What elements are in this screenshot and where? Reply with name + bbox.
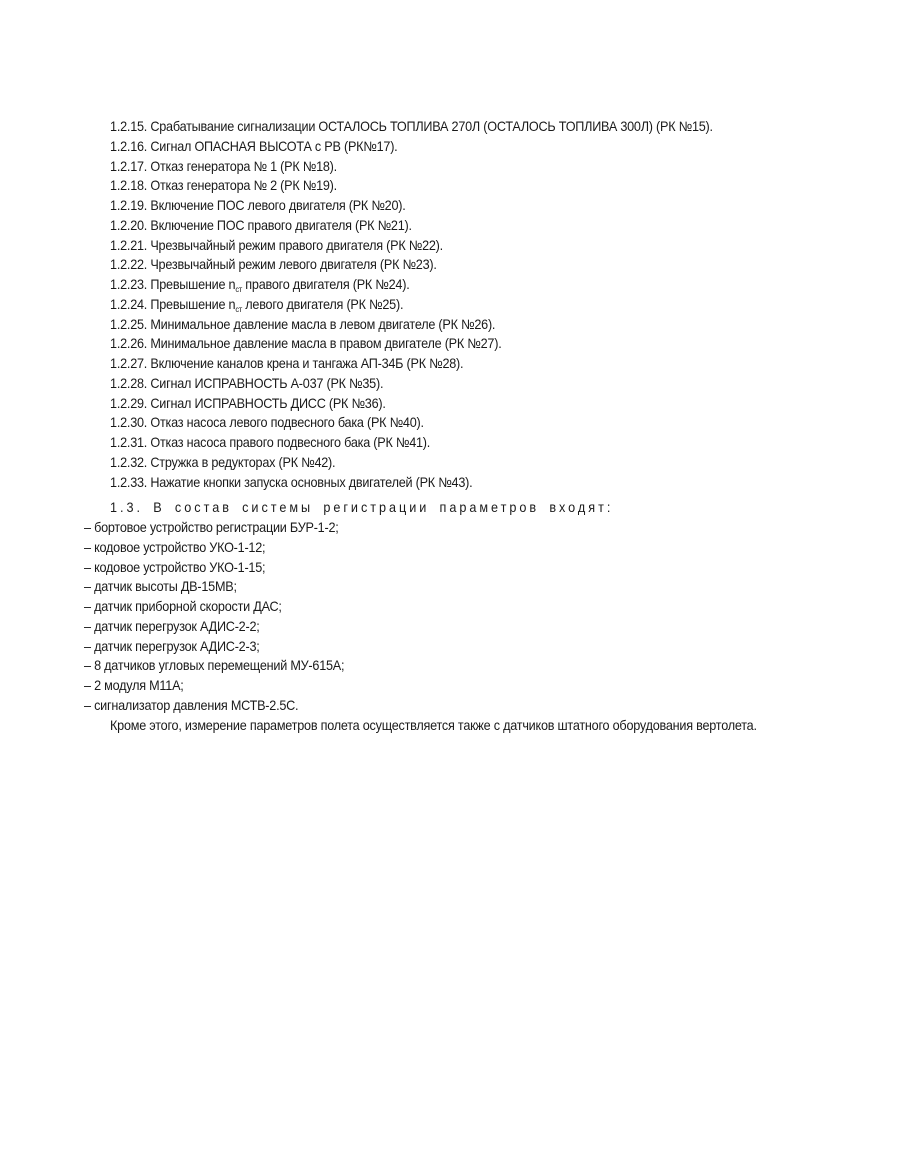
item-text: Превышение nст правого двигателя (РК №24… bbox=[150, 277, 409, 292]
document-page: 1.2.15. Срабатывание сигнализации ОСТАЛО… bbox=[84, 117, 829, 735]
list-item: – датчик перегрузок АДИС-2-3; bbox=[84, 637, 829, 657]
list-item: 1.2.27. Включение каналов крена и тангаж… bbox=[84, 354, 829, 374]
item-number: 1.2.27. bbox=[110, 356, 147, 371]
item-text: Срабатывание сигнализации ОСТАЛОСЬ ТОПЛИ… bbox=[150, 119, 712, 134]
list-item: 1.2.22. Чрезвычайный режим левого двигат… bbox=[84, 255, 829, 275]
item-number: 1.2.19. bbox=[110, 198, 147, 213]
list-item: 1.2.18. Отказ генератора № 2 (РК №19). bbox=[84, 176, 829, 196]
item-text-pre: Превышение n bbox=[150, 297, 235, 312]
item-number: 1.2.25. bbox=[110, 317, 147, 332]
items-list-1-2: 1.2.15. Срабатывание сигнализации ОСТАЛО… bbox=[84, 117, 829, 492]
closing-paragraph: Кроме этого, измерение параметров полета… bbox=[84, 716, 829, 736]
item-text: Отказ генератора № 2 (РК №19). bbox=[150, 178, 337, 193]
list-item: – датчик перегрузок АДИС-2-2; bbox=[84, 617, 829, 637]
item-number: 1.2.31. bbox=[110, 435, 147, 450]
item-text-post: правого двигателя (РК №24). bbox=[242, 277, 410, 292]
list-item: 1.2.19. Включение ПОС левого двигателя (… bbox=[84, 196, 829, 216]
item-number: 1.2.33. bbox=[110, 475, 147, 490]
list-item: 1.2.31. Отказ насоса правого подвесного … bbox=[84, 433, 829, 453]
item-text: Нажатие кнопки запуска основных двигател… bbox=[150, 475, 472, 490]
item-text: Минимальное давление масла в левом двига… bbox=[150, 317, 495, 332]
list-item: 1.2.25. Минимальное давление масла в лев… bbox=[84, 315, 829, 335]
item-text-post: левого двигателя (РК №25). bbox=[242, 297, 403, 312]
list-item: 1.2.16. Сигнал ОПАСНАЯ ВЫСОТА с РВ (РК№1… bbox=[84, 137, 829, 157]
item-text: Чрезвычайный режим правого двигателя (РК… bbox=[150, 238, 443, 253]
item-text: Сигнал ОПАСНАЯ ВЫСОТА с РВ (РК№17). bbox=[150, 139, 397, 154]
list-item: – сигнализатор давления МСТВ-2.5С. bbox=[84, 696, 829, 716]
list-item: – 8 датчиков угловых перемещений МУ-615А… bbox=[84, 656, 829, 676]
list-item: 1.2.32. Стружка в редукторах (РК №42). bbox=[84, 453, 829, 473]
item-text: Отказ насоса левого подвесного бака (РК … bbox=[150, 415, 423, 430]
list-item: 1.2.15. Срабатывание сигнализации ОСТАЛО… bbox=[84, 117, 829, 137]
list-item: 1.2.30. Отказ насоса левого подвесного б… bbox=[84, 413, 829, 433]
item-text: Чрезвычайный режим левого двигателя (РК … bbox=[150, 257, 436, 272]
list-item: – датчик приборной скорости ДАС; bbox=[84, 597, 829, 617]
item-text: Отказ генератора № 1 (РК №18). bbox=[150, 159, 337, 174]
list-item: – датчик высоты ДВ-15МВ; bbox=[84, 577, 829, 597]
list-item: – кодовое устройство УКО-1-15; bbox=[84, 558, 829, 578]
list-item: 1.2.29. Сигнал ИСПРАВНОСТЬ ДИСС (РК №36)… bbox=[84, 394, 829, 414]
subscript: ст bbox=[235, 305, 242, 314]
item-number: 1.2.23. bbox=[110, 277, 147, 292]
item-text: Превышение nст левого двигателя (РК №25)… bbox=[150, 297, 403, 312]
item-text: Сигнал ИСПРАВНОСТЬ ДИСС (РК №36). bbox=[150, 396, 385, 411]
item-text: Сигнал ИСПРАВНОСТЬ А-037 (РК №35). bbox=[150, 376, 383, 391]
item-text: Минимальное давление масла в правом двиг… bbox=[150, 336, 501, 351]
equipment-list: – бортовое устройство регистрации БУР-1-… bbox=[84, 518, 829, 716]
item-text-pre: Превышение n bbox=[150, 277, 235, 292]
item-number: 1.2.22. bbox=[110, 257, 147, 272]
item-number: 1.2.24. bbox=[110, 297, 147, 312]
item-text: Включение каналов крена и тангажа АП-34Б… bbox=[150, 356, 463, 371]
item-text: Включение ПОС правого двигателя (РК №21)… bbox=[150, 218, 411, 233]
item-number: 1.2.32. bbox=[110, 455, 147, 470]
list-item: 1.2.20. Включение ПОС правого двигателя … bbox=[84, 216, 829, 236]
list-item: – кодовое устройство УКО-1-12; bbox=[84, 538, 829, 558]
item-number: 1.2.18. bbox=[110, 178, 147, 193]
item-number: 1.2.26. bbox=[110, 336, 147, 351]
item-number: 1.2.28. bbox=[110, 376, 147, 391]
item-number: 1.2.15. bbox=[110, 119, 147, 134]
list-item: 1.2.17. Отказ генератора № 1 (РК №18). bbox=[84, 157, 829, 177]
item-text: Включение ПОС левого двигателя (РК №20). bbox=[150, 198, 405, 213]
list-item: 1.2.24. Превышение nст левого двигателя … bbox=[84, 295, 829, 315]
list-item: 1.2.28. Сигнал ИСПРАВНОСТЬ А-037 (РК №35… bbox=[84, 374, 829, 394]
item-text: Стружка в редукторах (РК №42). bbox=[150, 455, 335, 470]
item-number: 1.2.17. bbox=[110, 159, 147, 174]
list-item: – 2 модуля М11А; bbox=[84, 676, 829, 696]
list-item: 1.2.23. Превышение nст правого двигателя… bbox=[84, 275, 829, 295]
item-number: 1.2.16. bbox=[110, 139, 147, 154]
item-number: 1.2.20. bbox=[110, 218, 147, 233]
list-item: 1.2.33. Нажатие кнопки запуска основных … bbox=[84, 473, 829, 493]
item-number: 1.2.21. bbox=[110, 238, 147, 253]
list-item: 1.2.26. Минимальное давление масла в пра… bbox=[84, 334, 829, 354]
item-number: 1.2.29. bbox=[110, 396, 147, 411]
item-number: 1.2.30. bbox=[110, 415, 147, 430]
list-item: – бортовое устройство регистрации БУР-1-… bbox=[84, 518, 829, 538]
section-heading-1-3: 1.3. В состав системы регистрации параме… bbox=[84, 498, 829, 518]
subscript: ст bbox=[235, 285, 242, 294]
item-text: Отказ насоса правого подвесного бака (РК… bbox=[150, 435, 430, 450]
list-item: 1.2.21. Чрезвычайный режим правого двига… bbox=[84, 236, 829, 256]
